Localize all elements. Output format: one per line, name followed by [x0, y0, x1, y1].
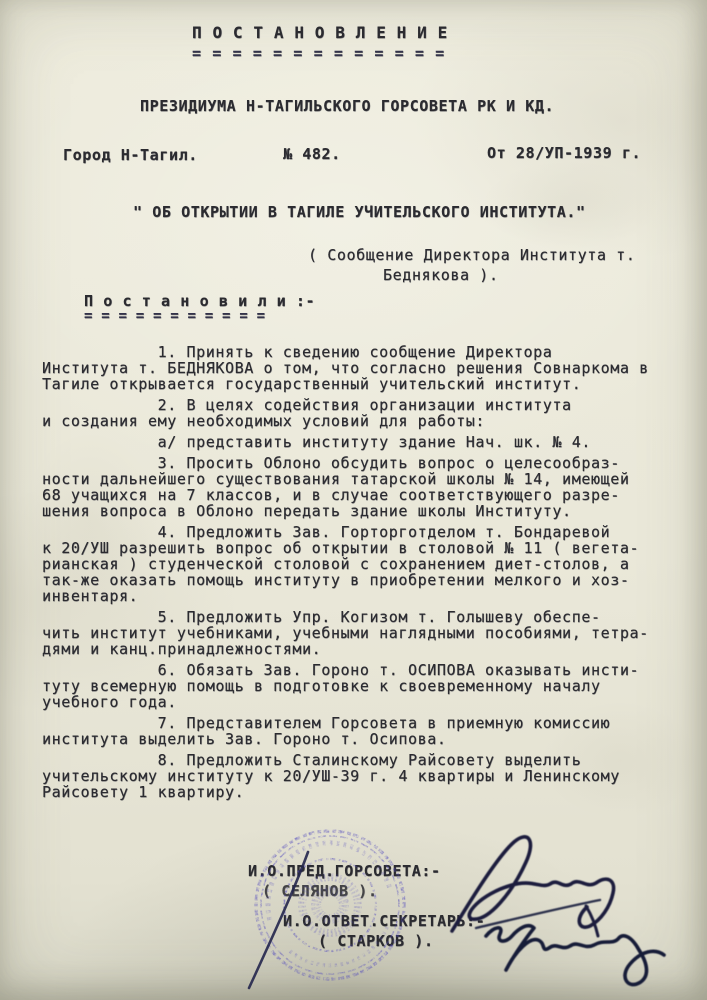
source-note-line1: ( Сообщение Директора Института т. — [308, 246, 635, 264]
meta-city: Город Н-Тагил. — [63, 146, 198, 164]
issuing-body: ПРЕЗИДИУМА Н-ТАГИЛЬСКОГО ГОРСОВЕТА РК И … — [140, 97, 554, 115]
signatory-name-secretary: ( СТАРКОВ ). — [318, 932, 434, 950]
source-note-line2: Беднякова ). — [383, 266, 499, 284]
subject-line: " ОБ ОТКРЫТИИ В ТАГИЛЕ УЧИТЕЛЬСКОГО ИНСТ… — [133, 203, 586, 221]
signatory-role-chairman: И.О.ПРЕД.ГОРСОВЕТА:- — [248, 862, 441, 880]
official-stamp — [240, 815, 419, 994]
paragraph-6: 6. Обязать Зав. Гороно т. ОСИПОВА оказыв… — [42, 662, 692, 710]
paragraph-4: 4. Предложить Зав. Горторготделом т. Бон… — [42, 524, 692, 604]
paragraph-1: 1. Принять к сведению сообщение Директор… — [42, 344, 692, 392]
paragraph-2: 2. В целях содействия организации инстит… — [42, 397, 692, 429]
scanned-document: П О С Т А Н О В Л Е Н И Е = = = = = = = … — [0, 0, 707, 1000]
title-underline: = = = = = = = = = = = = = — [192, 44, 445, 62]
paragraph-3: 3. Просить Облоно обсудить вопрос о целе… — [42, 455, 692, 519]
meta-number: № 482. — [283, 145, 341, 163]
paragraph-7: 7. Представителем Горсовета в приемную к… — [42, 715, 692, 747]
resolution-body: 1. Принять к сведению сообщение Директор… — [42, 344, 692, 805]
signatory-name-chairman: ( СЕЛЯНОВ ). — [262, 882, 378, 900]
signature-secretary — [486, 926, 664, 985]
paragraph-2a: а/ представить институту здание Нач. шк.… — [42, 434, 692, 450]
paragraph-8: 8. Предложить Сталинскому Райсовету выде… — [42, 752, 692, 800]
resolved-underline: = = = = = = = = = = = — [84, 308, 265, 324]
meta-date: От 28/УП-1939 г. — [487, 144, 641, 162]
signatory-role-secretary: И.О.ОТВЕТ.СЕКРЕТАРЬ:- — [283, 912, 485, 930]
paragraph-5: 5. Предложить Упр. Когизом т. Голышеву о… — [42, 609, 692, 657]
document-title: П О С Т А Н О В Л Е Н И Е — [192, 23, 448, 42]
